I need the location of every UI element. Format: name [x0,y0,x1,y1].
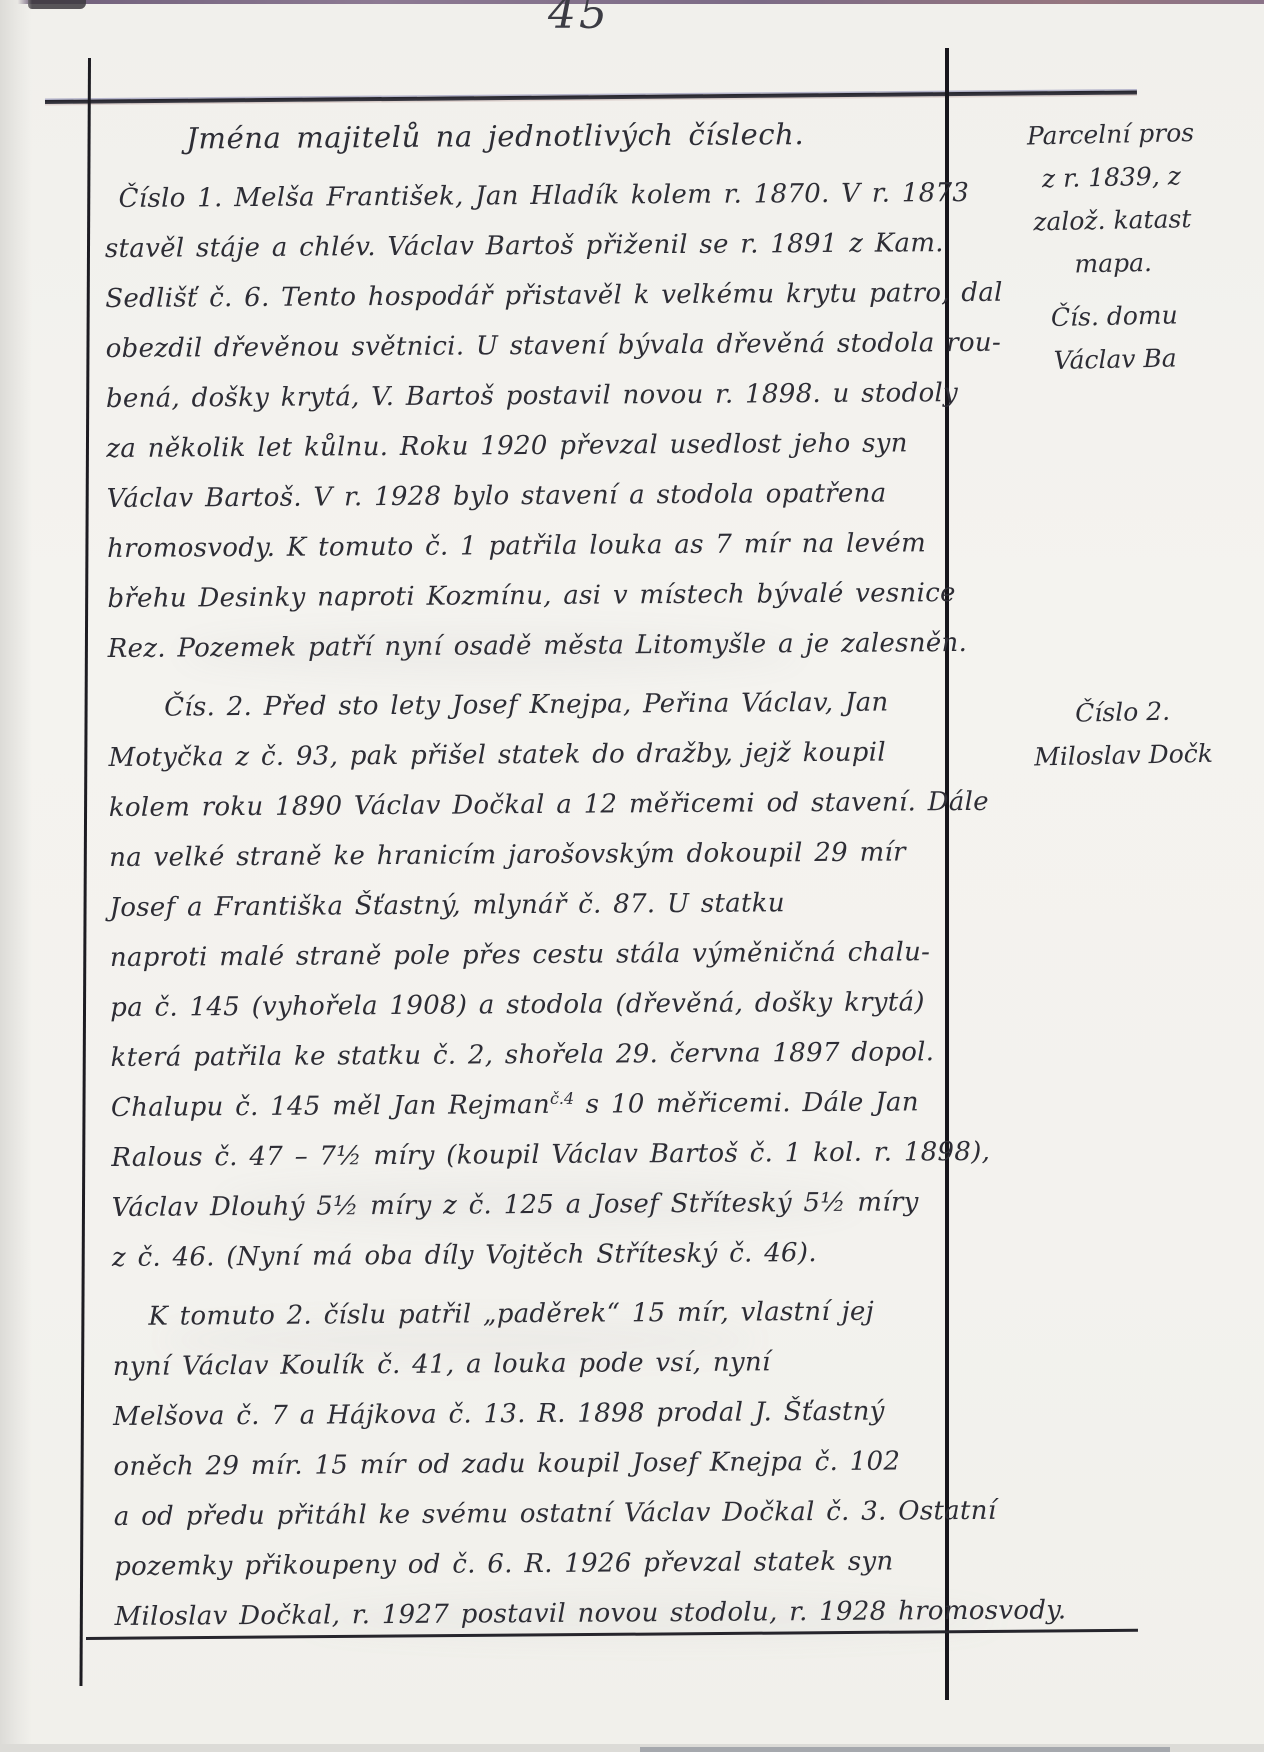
text-line: hromosvody. K tomuto č. 1 patřila louka … [107,518,949,574]
scan-smudge [28,0,86,9]
text-line: Ralous č. 47 – 7½ míry (koupil Václav Ba… [111,1127,953,1183]
paragraph: K tomuto 2. číslu patřil „paděrek“ 15 mí… [112,1286,956,1642]
margin-notes: Parcelní prosz r. 1839, zzalož. katastma… [956,106,1264,1612]
text-segment: s 10 měřicemi. Dále Jan [574,1087,919,1119]
scanned-page: 45 Jména majitelů na jednotlivých číslec… [0,0,1264,1752]
scan-edge-left [0,0,32,1752]
section-heading: Jména majitelů na jednotlivých číslech. [104,106,946,174]
scan-edge-bottom-shadow [640,1747,1170,1752]
text-line: břehu Desinky naproti Kozmínu, asi v mís… [107,568,949,624]
margin-note-line: Václav Ba [961,334,1264,383]
text-line: za několik let kůlnu. Roku 1920 převzal … [106,418,948,474]
margin-note: Parcelní prosz r. 1839, zzalož. katastma… [956,110,1264,288]
text-line: K tomuto 2. číslu patřil „paděrek“ 15 mí… [112,1286,954,1342]
text-line: Číslo 1. Melša František, Jan Hladík kol… [104,168,946,224]
body-lines: Číslo 1. Melša František, Jan Hladík kol… [104,168,956,1642]
text-line: pozemky přikoupeny od č. 6. R. 1926 přev… [114,1536,956,1592]
text-line: obezdil dřevěnou světnici. U stavení býv… [105,318,947,374]
text-line: pa č. 145 (vyhořela 1908) a stodola (dře… [110,977,952,1033]
top-rule [45,90,1137,104]
text-line: Čís. 2. Před sto lety Josef Knejpa, Peři… [108,677,950,733]
text-line: Václav Bartoš. V r. 1928 bylo stavení a … [107,468,949,524]
margin-note: Čís. domuVáclav Ba [960,292,1264,384]
text-line: Václav Dlouhý 5½ míry z č. 125 a Josef S… [111,1177,953,1233]
paragraph: Číslo 1. Melša František, Jan Hladík kol… [104,168,949,674]
page-number: 45 [548,0,610,39]
text-line: Melšova č. 7 a Hájkova č. 13. R. 1898 pr… [113,1386,955,1442]
text-line: na velké straně ke hranicím jarošovským … [109,827,951,883]
text-line: Rez. Pozemek patří nyní osadě města Lito… [108,618,950,674]
left-margin-line [79,58,91,1686]
text-line: která patřila ke statku č. 2, shořela 29… [110,1027,952,1083]
text-line: Miloslav Dočkal, r. 1927 postavil novou … [114,1586,956,1642]
text-line: Chalupu č. 145 měl Jan Rejmanč.4 s 10 mě… [111,1077,953,1133]
text-segment: Chalupu č. 145 měl Jan Rejman [111,1090,550,1123]
text-line: kolem roku 1890 Václav Dočkal a 12 měřic… [109,777,951,833]
text-line: nyní Václav Koulík č. 41, a louka pode v… [113,1336,955,1392]
margin-note: Číslo 2.Miloslav Dočk [968,687,1264,779]
text-line: naproti malé straně pole přes cestu stál… [110,927,952,983]
inline-superscript-note: č.4 [550,1089,574,1108]
margin-note-line: z r. 1839, z [957,153,1264,202]
text-line: a od předu přitáhl ke svému ostatní Václ… [114,1486,956,1542]
margin-note-line: mapa. [959,239,1264,288]
paragraph: Čís. 2. Před sto lety Josef Knejpa, Peři… [108,677,954,1283]
text-line: oněch 29 mír. 15 mír od zadu koupil Jose… [113,1436,955,1492]
text-line: Motyčka z č. 93, pak přišel statek do dr… [108,727,950,783]
scan-edge-top [0,0,1264,4]
margin-note-line: založ. katast [958,196,1264,245]
text-line: Sedlišť č. 6. Tento hospodář přistavěl k… [105,268,947,324]
text-line: Josef a Františka Šťastný, mlynář č. 87.… [109,877,951,933]
margin-note-line: Parcelní pros [956,110,1264,159]
text-line: bená, došky krytá, V. Bartoš postavil no… [106,368,948,424]
text-line: z č. 46. (Nyní má oba díly Vojtěch Střít… [112,1227,954,1283]
text-line: stavěl stáje a chlév. Václav Bartoš přiž… [105,218,947,274]
margin-note-line: Miloslav Dočk [969,730,1264,779]
margin-note-line: Čís. domu [960,292,1264,341]
margin-note-line: Číslo 2. [968,687,1264,736]
main-text-column: Jména majitelů na jednotlivých číslech. … [104,106,957,1642]
